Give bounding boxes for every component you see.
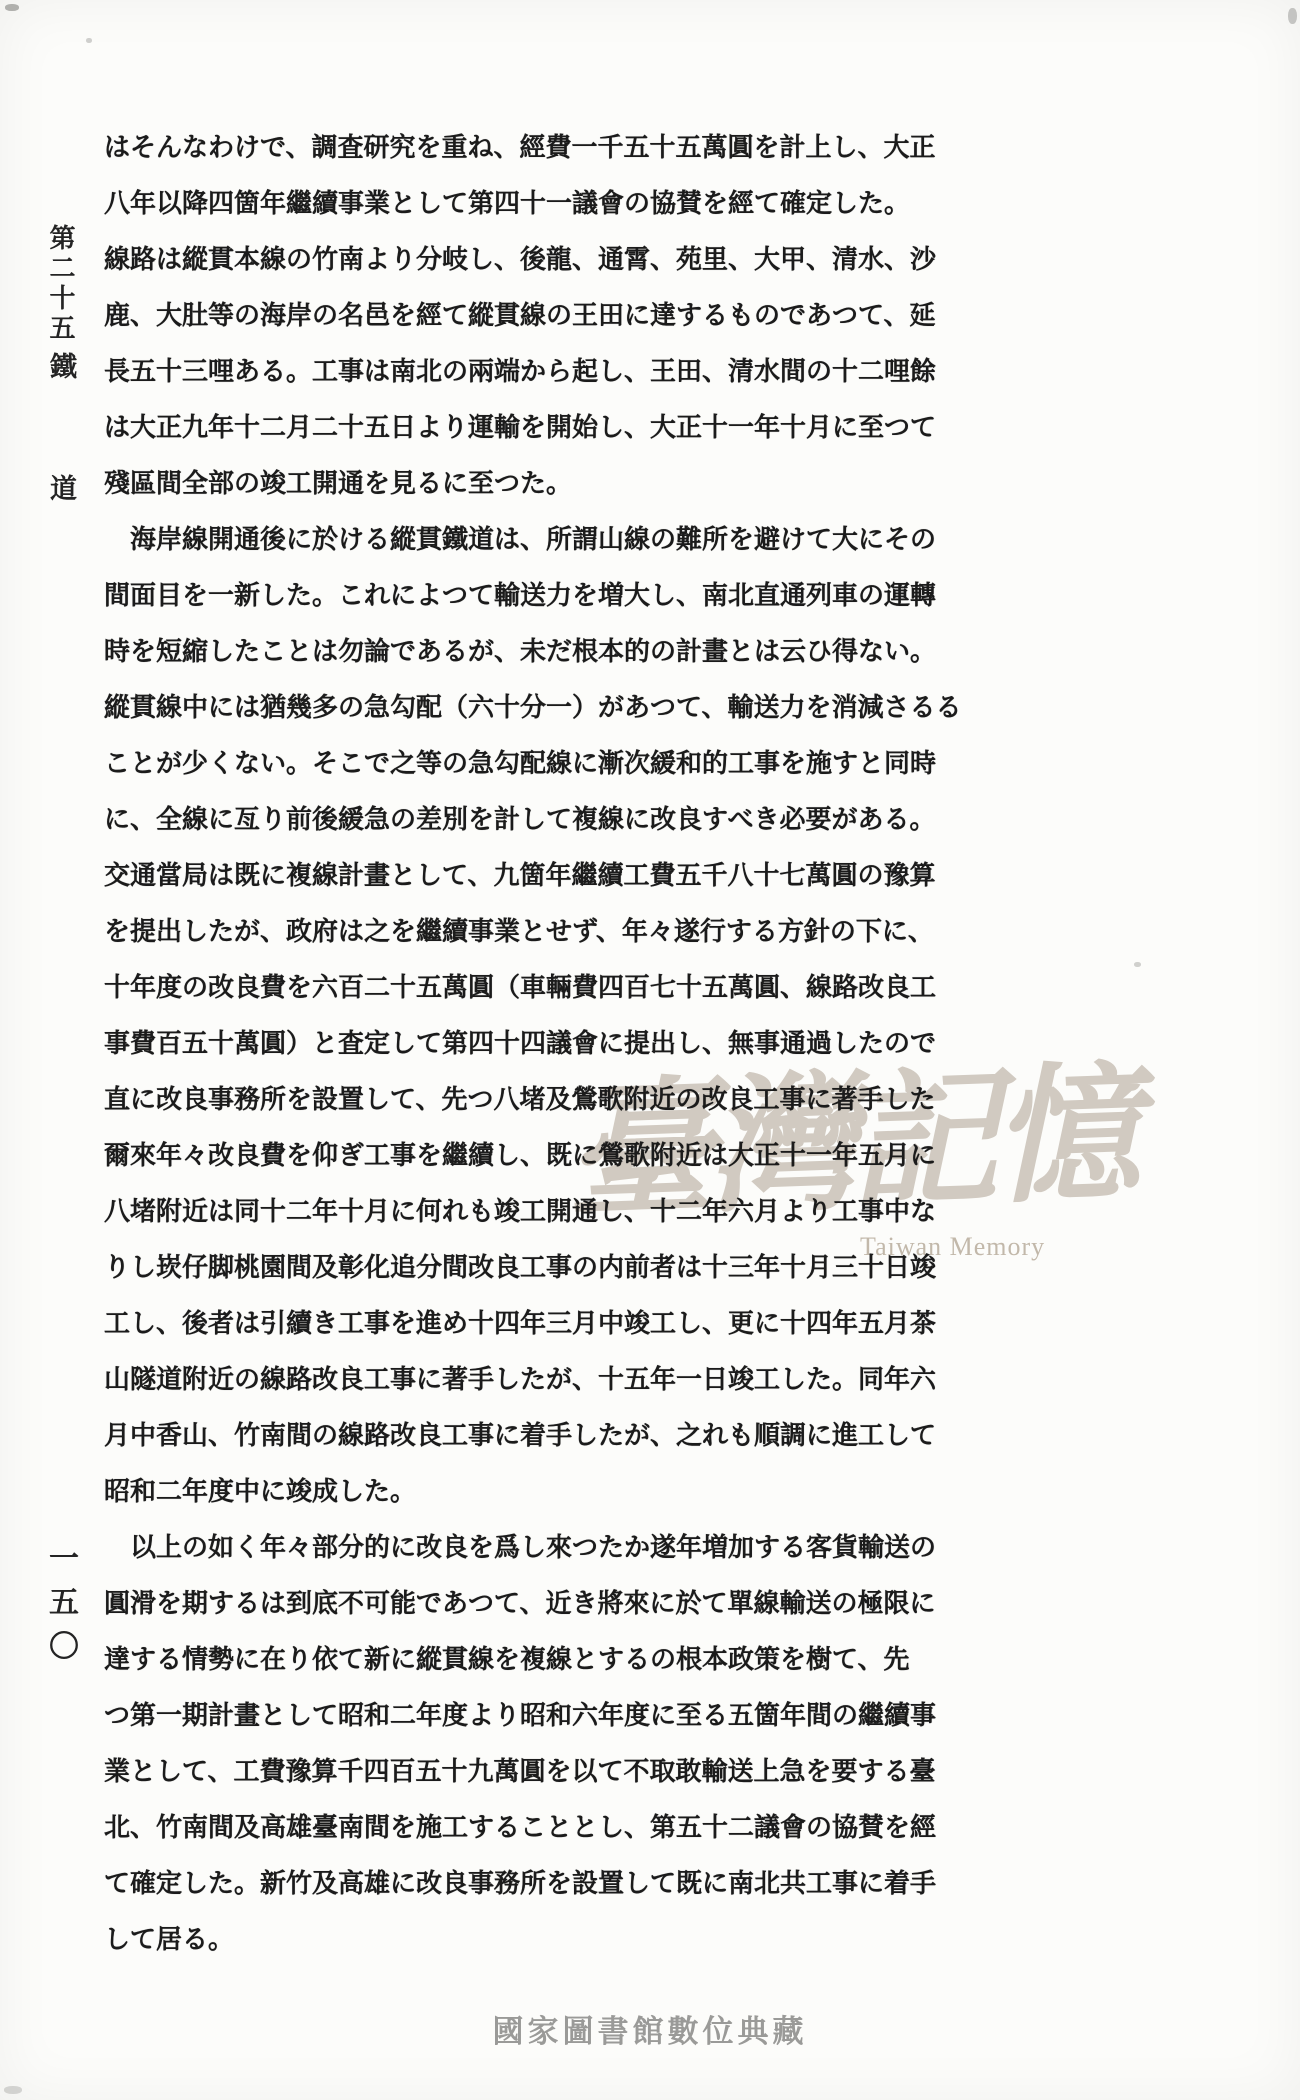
text-line: 北、竹南間及高雄臺南間を施工することとし、第五十二議會の協賛を經 xyxy=(104,1800,944,1856)
text-line: に、全線に亙り前後緩急の差別を計して複線に改良すべき必要がある。 xyxy=(104,792,944,848)
text-line: は大正九年十二月二十五日より運輸を開始し、大正十一年十月に至つて xyxy=(104,400,944,456)
text-line: 直に改良事務所を設置して、先つ八堵及鶯歌附近の改良工事に著手した xyxy=(104,1072,944,1128)
text-line: 圓滑を期するは到底不可能であつて、近き將來に於て單線輸送の極限に xyxy=(104,1576,944,1632)
body-text-block: はそんなわけで、調査研究を重ね、經費一千五十五萬圓を計上し、大正 八年以降四箇年… xyxy=(104,120,944,1968)
scan-speck xyxy=(4,2086,22,2094)
text-line: 時を短縮したことは勿論であるが、未だ根本的の計畫とは云ひ得ない。 xyxy=(104,624,944,680)
text-line: 八年以降四箇年繼續事業として第四十一議會の協賛を經て確定した。 xyxy=(104,176,944,232)
text-line: 昭和二年度中に竣成した。 xyxy=(104,1464,944,1520)
footer-caption: 國家圖書館數位典藏 xyxy=(0,2006,1300,2051)
text-line: ことが少くない。そこで之等の急勾配線に漸次緩和的工事を施すと同時 xyxy=(104,736,944,792)
text-line: 月中香山、竹南間の線路改良工事に着手したが、之れも順調に進工して xyxy=(104,1408,944,1464)
text-line: 鹿、大肚等の海岸の名邑を經て縱貫線の王田に達するものであつて、延 xyxy=(104,288,944,344)
text-line: 事費百五十萬圓）と査定して第四十四議會に提出し、無事通過したので xyxy=(104,1016,944,1072)
text-line: 達する情勢に在り依て新に縱貫線を複線とするの根本政策を樹て、先 xyxy=(104,1632,944,1688)
text-line: 山隧道附近の線路改良工事に著手したが、十五年一日竣工した。同年六 xyxy=(104,1352,944,1408)
margin-chapter-label: 第二十五 xyxy=(42,224,79,344)
text-line: 海岸線開通後に於ける縱貫鐵道は、所謂山線の難所を避けて大にその xyxy=(104,512,944,568)
scan-speck xyxy=(5,4,19,11)
text-line: 業として、工費豫算千四百五十九萬圓を以て不取敢輸送上急を要する臺 xyxy=(104,1744,944,1800)
margin-page-number: 一五〇 xyxy=(38,1542,82,1674)
text-line: 以上の如く年々部分的に改良を爲し來つたか遂年増加する客貨輸送の xyxy=(104,1520,944,1576)
text-line: 線路は縱貫本線の竹南より分岐し、後龍、通霄、苑里、大甲、清水、沙 xyxy=(104,232,944,288)
text-line: て確定した。新竹及高雄に改良事務所を設置して既に南北共工事に着手 xyxy=(104,1856,944,1912)
margin-section-label-bottom: 道 xyxy=(42,474,81,501)
text-line: りし崁仔脚桃園間及彰化追分間改良工事の内前者は十三年十月三十日竣 xyxy=(104,1240,944,1296)
text-line: 十年度の改良費を六百二十五萬圓（車輛費四百七十五萬圓、線路改良工 xyxy=(104,960,944,1016)
text-line: 交通當局は既に複線計畫として、九箇年繼續工費五千八十七萬圓の豫算 xyxy=(104,848,944,904)
text-line: を提出したが、政府は之を繼續事業とせず、年々遂行する方針の下に、 xyxy=(104,904,944,960)
scanned-page: 第二十五 鐵 道 一五〇 臺灣記憶 Taiwan Memory はそんなわけで、… xyxy=(0,0,1300,2100)
text-line: 縱貫線中には猶幾多の急勾配（六十分一）があつて、輸送力を消減さるる xyxy=(104,680,944,736)
text-line: 殘區間全部の竣工開通を見るに至つた。 xyxy=(104,456,944,512)
text-line: はそんなわけで、調査研究を重ね、經費一千五十五萬圓を計上し、大正 xyxy=(104,120,944,176)
scan-speck xyxy=(1134,962,1141,967)
text-line: 間面目を一新した。これによつて輸送力を増大し、南北直通列車の運轉 xyxy=(104,568,944,624)
margin-section-label-top: 鐵 xyxy=(42,352,81,379)
text-line: 八堵附近は同十二年十月に何れも竣工開通し、十二年六月より工事中な xyxy=(104,1184,944,1240)
scan-speck xyxy=(1288,8,1297,24)
text-line: 長五十三哩ある。工事は南北の兩端から起し、王田、清水間の十二哩餘 xyxy=(104,344,944,400)
text-line: して居る。 xyxy=(104,1912,944,1968)
text-line: つ第一期計畫として昭和二年度より昭和六年度に至る五箇年間の繼續事 xyxy=(104,1688,944,1744)
text-line: 爾來年々改良費を仰ぎ工事を繼續し、既に鶯歌附近は大正十一年五月に xyxy=(104,1128,944,1184)
scan-speck xyxy=(86,38,92,43)
text-line: 工し、後者は引續き工事を進め十四年三月中竣工し、更に十四年五月茶 xyxy=(104,1296,944,1352)
